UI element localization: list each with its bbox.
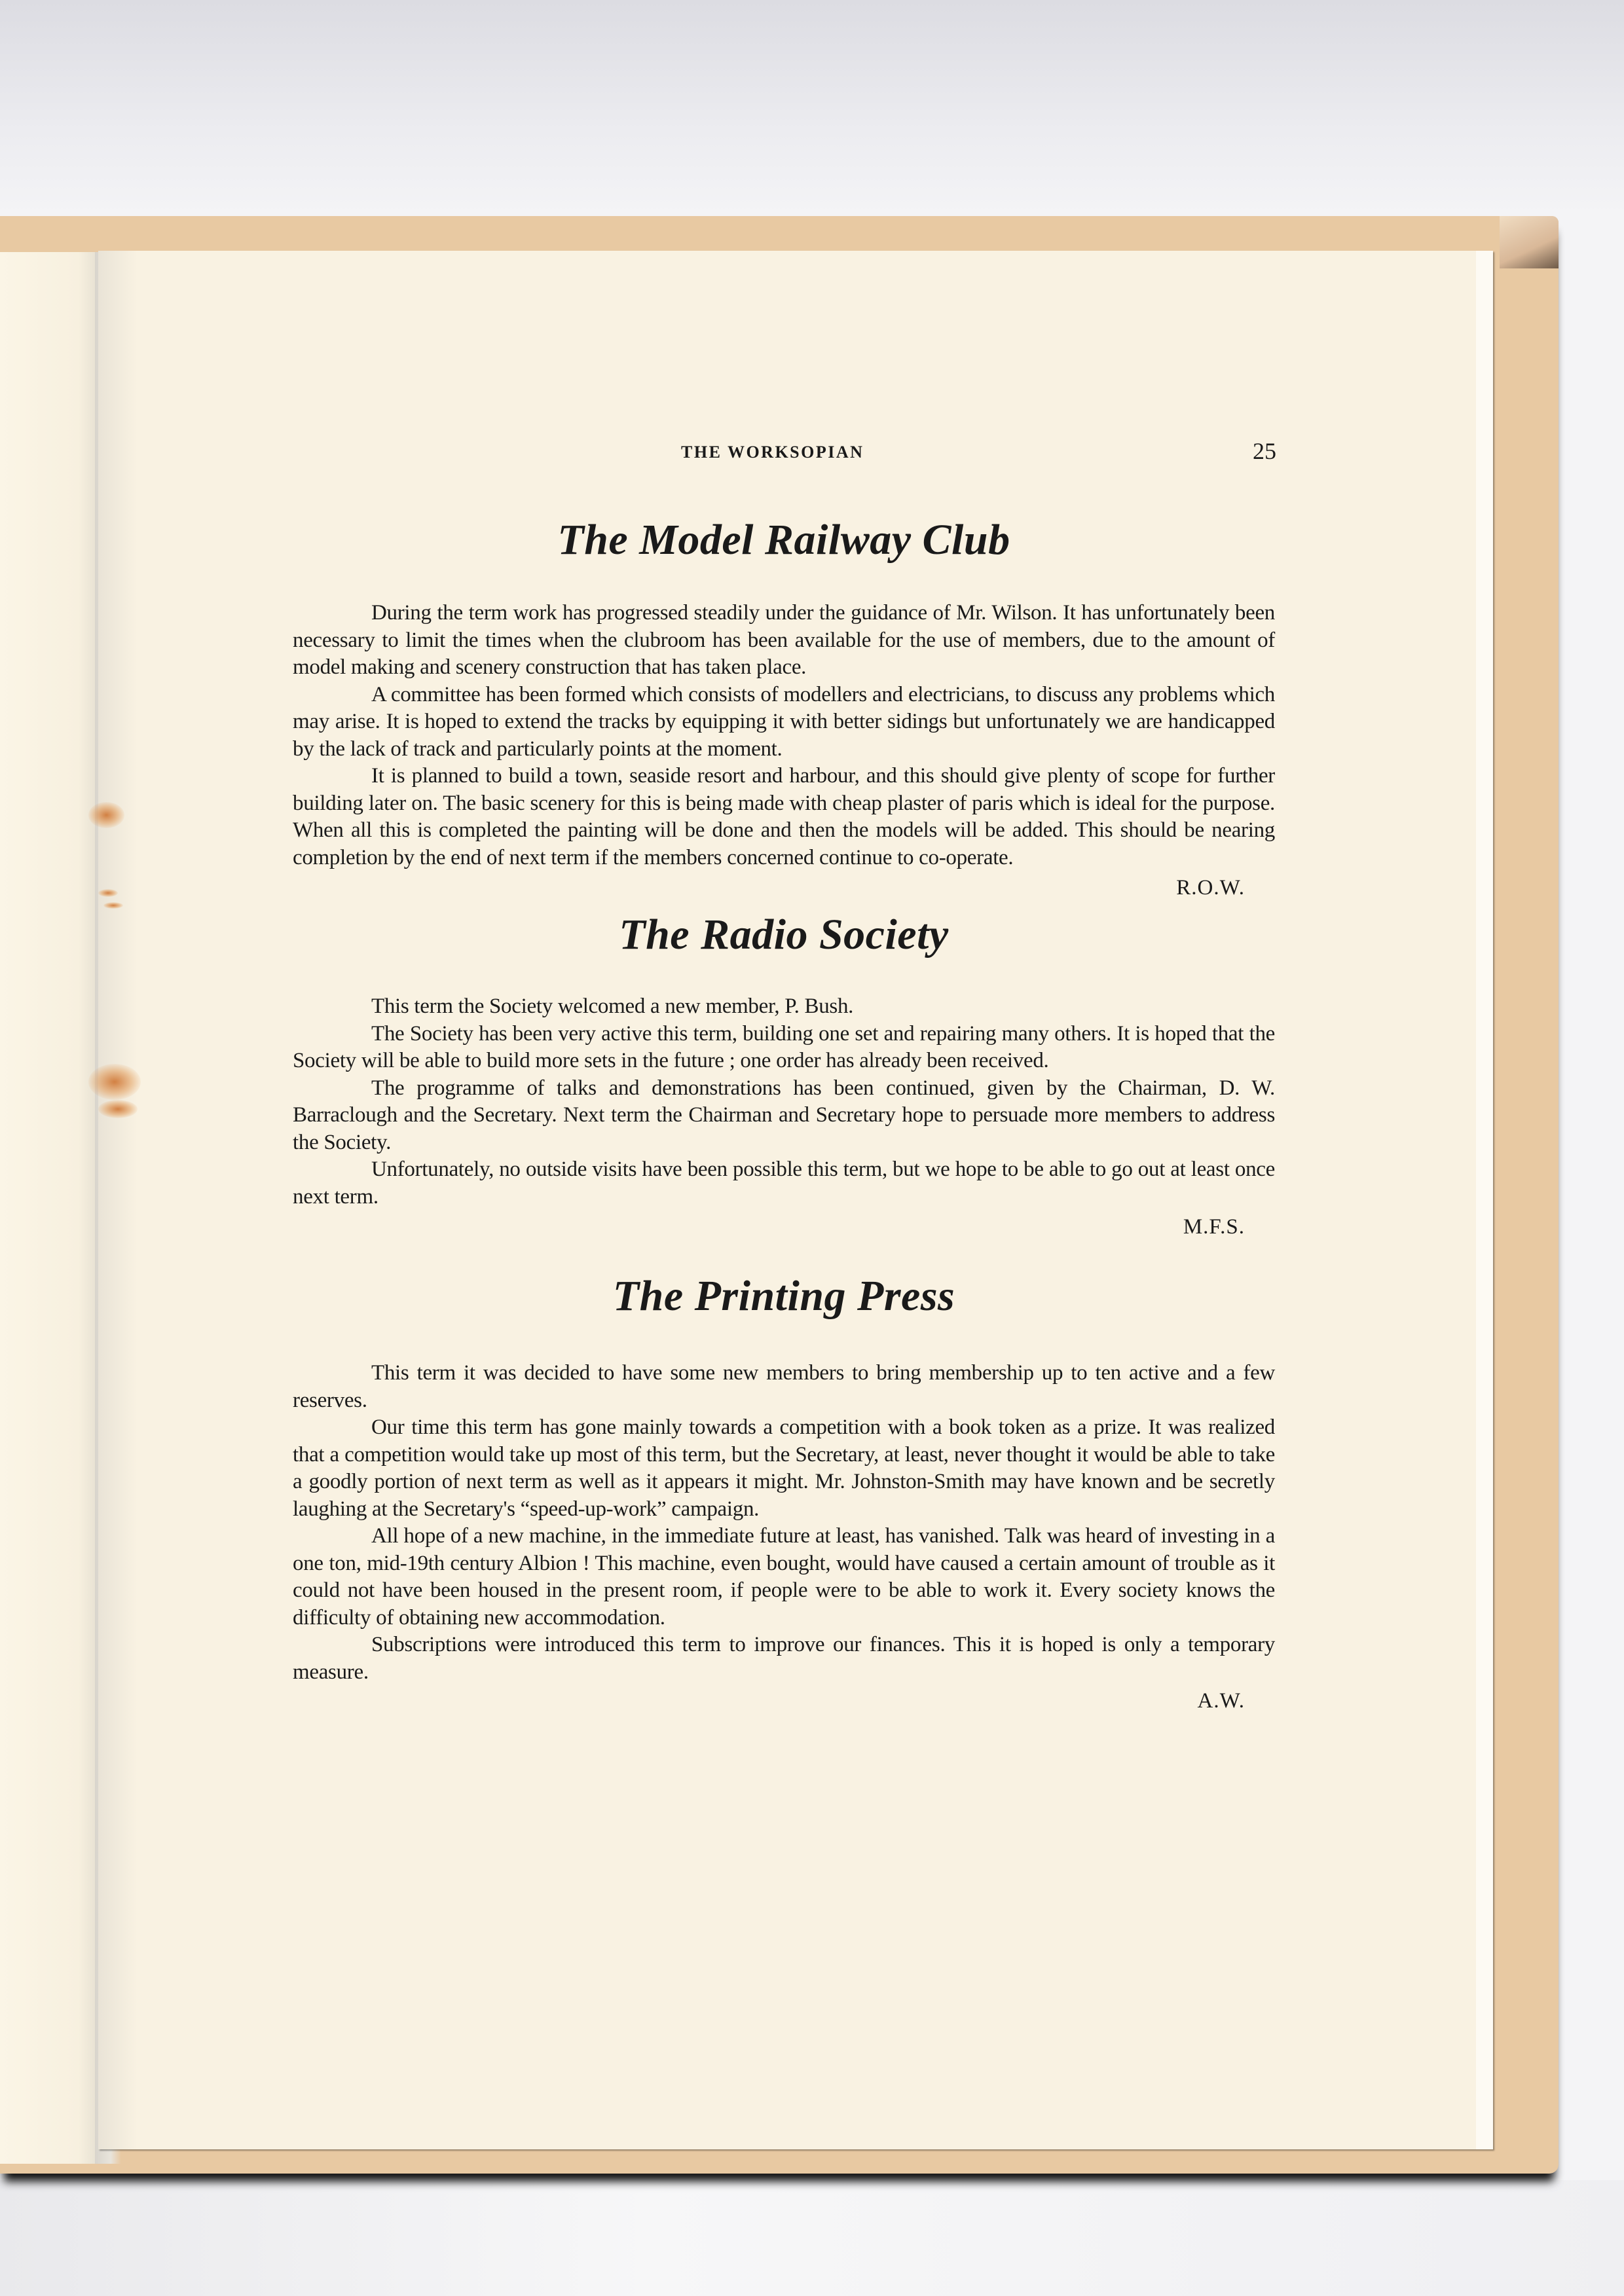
paragraph: Subscriptions were introduced this term …	[293, 1631, 1275, 1686]
running-header: THE WORKSOPIAN 25	[293, 437, 1275, 470]
paragraph: This term the Society welcomed a new mem…	[293, 993, 1275, 1021]
page-number: 25	[1253, 437, 1276, 465]
paragraph: It is planned to build a town, seaside r…	[293, 763, 1275, 871]
rust-stain	[88, 802, 124, 828]
rust-stain	[98, 889, 118, 897]
section-title: The Model Railway Club	[293, 519, 1275, 562]
paragraph: Unfortunately, no outside visits have be…	[293, 1156, 1275, 1211]
author-signature: R.O.W.	[293, 874, 1245, 902]
paragraph: Our time this term has gone mainly towar…	[293, 1414, 1275, 1523]
folded-corner	[1500, 216, 1559, 268]
rust-stain	[103, 902, 123, 909]
paragraph: During the term work has progressed stea…	[293, 600, 1275, 682]
rust-stain	[98, 1100, 138, 1118]
section-title: The Printing Press	[293, 1275, 1275, 1318]
paragraph: The Society has been very active this te…	[293, 1021, 1275, 1075]
section-title: The Radio Society	[293, 913, 1275, 957]
author-signature: M.F.S.	[293, 1213, 1245, 1241]
paragraph: The programme of talks and demonstration…	[293, 1075, 1275, 1157]
paragraph: This term it was decided to have some ne…	[293, 1360, 1275, 1414]
paragraph: A committee has been formed which consis…	[293, 682, 1275, 763]
publication-title: THE WORKSOPIAN	[681, 443, 864, 462]
section-radio-society: The Radio Society This term the Society …	[293, 913, 1275, 1241]
paragraph: All hope of a new machine, in the immedi…	[293, 1523, 1275, 1631]
rust-stain	[88, 1064, 141, 1100]
author-signature: A.W.	[293, 1687, 1245, 1715]
page-content: THE WORKSOPIAN 25 The Model Railway Club…	[293, 437, 1275, 1715]
scanner-background	[0, 2180, 1624, 2296]
section-printing-press: The Printing Press This term it was deci…	[293, 1275, 1275, 1715]
section-model-railway-club: The Model Railway Club During the term w…	[293, 519, 1275, 902]
facing-page-edge	[0, 252, 98, 2164]
